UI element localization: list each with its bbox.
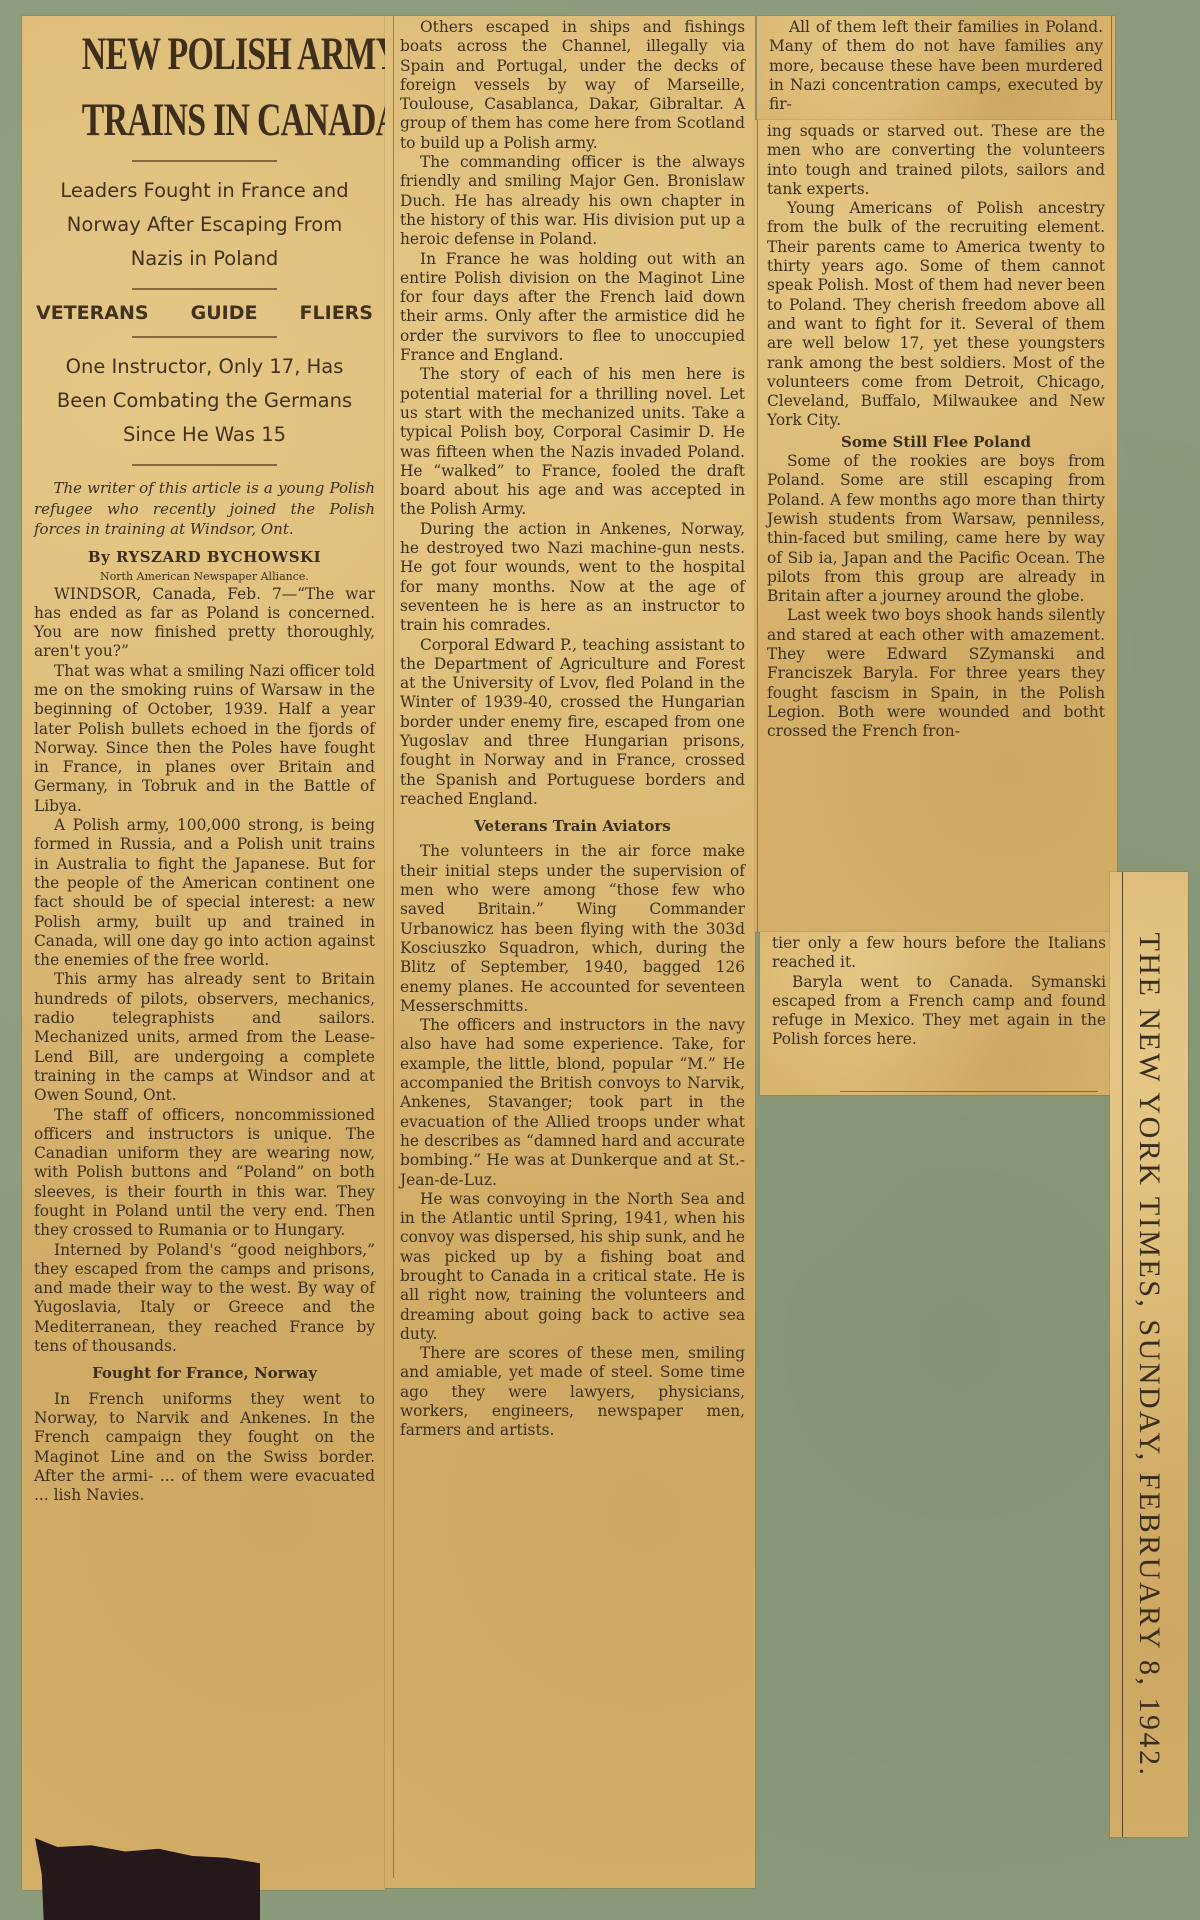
deck-1-line: Norway After Escaping From	[34, 208, 375, 242]
paragraph: In France he was holding out with an ent…	[400, 250, 745, 366]
column-rule	[1111, 16, 1112, 120]
deck-1: Leaders Fought in France and Norway Afte…	[34, 174, 375, 276]
newspaper-dateline-strip: THE NEW YORK TIMES, SUNDAY, FEBRUARY 8, …	[1110, 872, 1188, 1837]
paragraph: A Polish army, 100,000 strong, is being …	[34, 816, 375, 970]
article-clipping-column-2: Others escaped in ships and fishings boa…	[385, 16, 755, 1888]
paragraph: Corporal Edward P., teaching assistant t…	[400, 636, 745, 810]
paragraph: ing squads or starved out. These are the…	[767, 122, 1105, 199]
deck-2-word: FLIERS	[300, 302, 373, 324]
news-agency: North American Newspaper Alliance.	[34, 570, 375, 583]
subheading: Some Still Flee Poland	[767, 433, 1105, 452]
paragraph: This army has already sent to Britain hu…	[34, 970, 375, 1105]
paragraph: The story of each of his men here is pot…	[400, 365, 745, 519]
divider	[132, 288, 277, 290]
paragraph: Some of the rookies are boys from Poland…	[767, 452, 1105, 606]
divider	[132, 464, 277, 466]
body-text-col3b: ing squads or starved out. These are the…	[767, 122, 1105, 742]
paragraph: Young Americans of Polish ancestry from …	[767, 199, 1105, 431]
body-text-col2: Others escaped in ships and fishings boa…	[400, 18, 745, 1441]
divider	[132, 160, 277, 162]
paragraph: All of them left their families in Polan…	[769, 18, 1103, 114]
deck-2-word: VETERANS	[36, 302, 149, 324]
paragraph: WINDSOR, Canada, Feb. 7—“The war has end…	[34, 585, 375, 662]
paragraph: In French uniforms they went to Norway, …	[34, 1390, 375, 1506]
body-text-col3a: All of them left their families in Polan…	[769, 18, 1103, 114]
paragraph: Last week two boys shook hands silently …	[767, 606, 1105, 741]
column-rule	[393, 16, 394, 1878]
paragraph: Others escaped in ships and fishings boa…	[400, 18, 745, 153]
subheading: Veterans Train Aviators	[400, 817, 745, 836]
byline: By RYSZARD BYCHOWSKI	[34, 548, 375, 566]
paragraph: He was convoying in the North Sea and in…	[400, 1190, 745, 1344]
column-rule	[840, 1091, 1098, 1092]
body-text-col1: WINDSOR, Canada, Feb. 7—“The war has end…	[34, 585, 375, 1506]
headline-line-1: NEW POLISH ARMY	[82, 26, 328, 82]
paragraph: That was what a smiling Nazi officer tol…	[34, 662, 375, 816]
deck-3: One Instructor, Only 17, Has Been Combat…	[34, 350, 375, 452]
article-clipping-column-3-middle: ing squads or starved out. These are the…	[755, 120, 1117, 932]
divider	[132, 336, 277, 338]
paragraph: The officers and instructors in the navy…	[400, 1016, 745, 1190]
paragraph: tier only a few hours before the Italian…	[772, 934, 1106, 973]
article-clipping-column-3-bottom: tier only a few hours before the Italian…	[760, 932, 1118, 1095]
deck-2: VETERANS GUIDE FLIERS	[34, 302, 375, 324]
paragraph: Baryla went to Canada. Symanski escaped …	[772, 973, 1106, 1050]
paragraph: There are scores of these men, smiling a…	[400, 1344, 745, 1440]
article-clipping-column-3-top: All of them left their families in Polan…	[757, 16, 1115, 120]
paragraph: The commanding officer is the always fri…	[400, 153, 745, 249]
column-1-content: NEW POLISH ARMY TRAINS IN CANADA Leaders…	[34, 16, 375, 1505]
editor-note: The writer of this article is a young Po…	[34, 478, 375, 540]
body-text-col3c: tier only a few hours before the Italian…	[772, 934, 1106, 1050]
article-clipping-column-1: NEW POLISH ARMY TRAINS IN CANADA Leaders…	[22, 16, 385, 1890]
deck-3-line: One Instructor, Only 17, Has	[34, 350, 375, 384]
publication-dateline: THE NEW YORK TIMES, SUNDAY, FEBRUARY 8, …	[1132, 932, 1166, 1777]
deck-1-line: Nazis in Poland	[34, 242, 375, 276]
deck-2-word: GUIDE	[191, 302, 258, 324]
paragraph: The staff of officers, noncommissioned o…	[34, 1106, 375, 1241]
subheading: Fought for France, Norway	[34, 1364, 375, 1383]
deck-3-line: Since He Was 15	[34, 418, 375, 452]
deck-1-line: Leaders Fought in France and	[34, 174, 375, 208]
column-rule	[757, 120, 758, 932]
paragraph: Interned by Poland's “good neighbors,” t…	[34, 1241, 375, 1357]
strip-rule	[1122, 872, 1123, 1837]
headline-line-2: TRAINS IN CANADA	[82, 92, 328, 148]
paragraph: During the action in Ankenes, Norway, he…	[400, 520, 745, 636]
paragraph: The volunteers in the air force make the…	[400, 842, 745, 1016]
deck-3-line: Been Combating the Germans	[34, 384, 375, 418]
